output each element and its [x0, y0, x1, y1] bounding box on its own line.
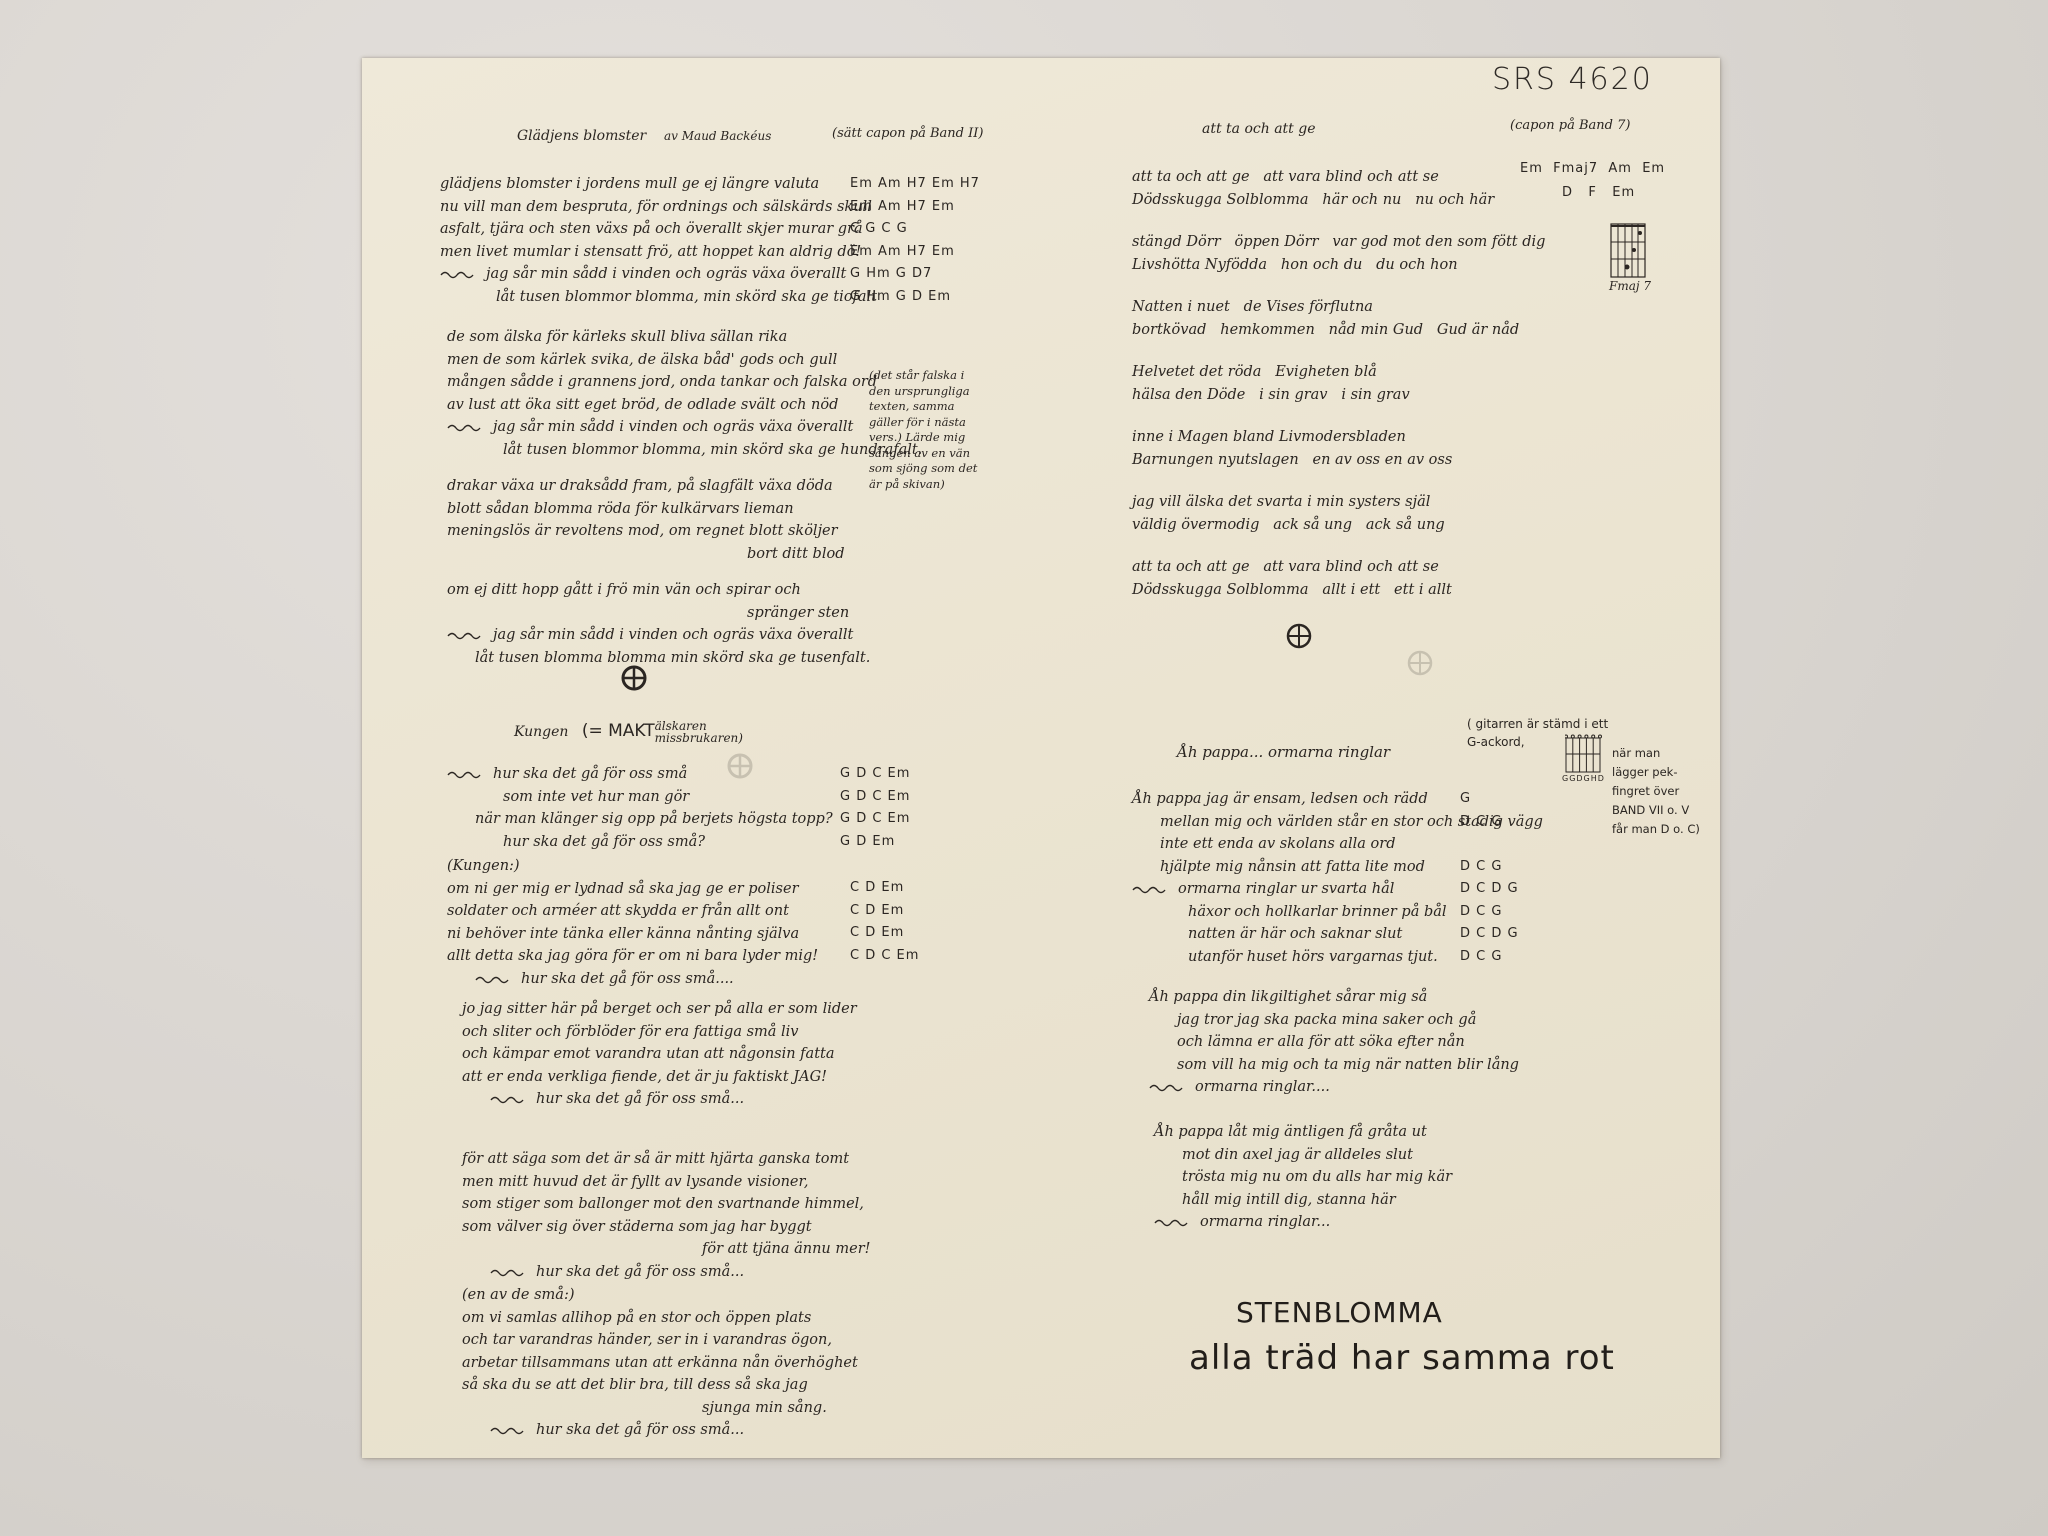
lyric-line: drakar växa ur draksådd fram, på slagfäl…: [447, 475, 870, 498]
chord-line: D C G: [1460, 856, 1519, 879]
lyric-line: hur ska det gå för oss små...: [462, 1419, 858, 1442]
chord-diagram-label: Fmaj 7: [1609, 279, 1651, 293]
chords-gladjens-1: Em Am H7 Em H7Em Am H7 EmC G C GEm Am H7…: [850, 173, 980, 308]
repeat-squiggle-icon: [490, 1425, 526, 1435]
lyric-line: Åh pappa låt mig äntligen få gråta ut: [1154, 1121, 1452, 1144]
catalog-number: SRS 4620: [1492, 62, 1653, 97]
lyric-line: Barnungen nyutslagen en av oss en av oss: [1132, 449, 1545, 472]
stanza: inne i Magen bland LivmodersbladenBarnun…: [1132, 426, 1545, 471]
lyric-line: jag sår min sådd i vinden och ogräs växa…: [447, 416, 922, 439]
verse-kungen-2: jo jag sitter här på berget och ser på a…: [462, 998, 857, 1111]
lyric-line: så ska du se att det blir bra, till dess…: [462, 1374, 858, 1397]
lyric-line: om ej ditt hopp gått i frö min vän och s…: [447, 579, 870, 602]
chorus-kungen: hur ska det gå för oss småsom inte vet h…: [447, 763, 833, 853]
stanza: jag vill älska det svarta i min systers …: [1132, 491, 1545, 536]
chords-att-ta-2: D F Em: [1562, 182, 1635, 205]
lyric-line: allt detta ska jag göra för er om ni bar…: [447, 945, 818, 968]
lyric-line: lägger pek-: [1612, 763, 1700, 782]
title-paren: (= MAKT: [582, 721, 655, 741]
lyric-line: att ta och att ge att vara blind och att…: [1132, 166, 1545, 189]
lyric-line: jag sår min sådd i vinden och ogräs växa…: [440, 263, 877, 286]
verse-gladjens-3: drakar växa ur draksådd fram, på slagfäl…: [447, 475, 870, 669]
chord-line: C G C G: [850, 218, 980, 241]
small-verse: (en av de små:)om vi samlas allihop på e…: [462, 1284, 858, 1442]
lyric-line: bortkövad hemkommen nåd min Gud Gud är n…: [1132, 319, 1545, 342]
chord-line: G D C Em: [840, 786, 910, 809]
lyric-line: Dödsskugga Solblomma allt i ett ett i al…: [1132, 579, 1545, 602]
repeat-squiggle-icon: [1132, 884, 1168, 894]
chord-line: G Hm G D7: [850, 263, 980, 286]
repeat-squiggle-icon: [1154, 1217, 1190, 1227]
chord-line: D C G: [1460, 901, 1519, 924]
lyric-line: hur ska det gå för oss små...: [462, 1088, 857, 1111]
lyric-line: ni behöver inte tänka eller känna nåntin…: [447, 923, 818, 946]
verse-ah-pappa-3: Åh pappa låt mig äntligen få gråta utmot…: [1154, 1121, 1452, 1234]
sun-wheel-icon: [1286, 623, 1312, 649]
lyric-sheet: SRS 4620 Glädjens blomster av Maud Backé…: [362, 58, 1720, 1458]
chord-diagram-fmaj7-icon: [1610, 223, 1648, 279]
lyric-line: inne i Magen bland Livmodersbladen: [1132, 426, 1545, 449]
lyric-line: som välver sig över städerna som jag har…: [462, 1216, 870, 1239]
lyric-line: den ursprungliga: [869, 384, 977, 400]
lyric-line: och tar varandras händer, ser in i varan…: [462, 1329, 858, 1352]
lyric-line: trösta mig nu om du alls har mig kär: [1154, 1166, 1452, 1189]
lyric-line: att ta och att ge att vara blind och att…: [1132, 556, 1545, 579]
chord-line: G D C Em: [840, 763, 910, 786]
repeat-squiggle-icon: [447, 630, 483, 640]
verse-kungen-3: för att säga som det är så är mitt hjärt…: [462, 1148, 870, 1283]
lyric-line: (Kungen:): [447, 855, 818, 878]
capo-note-right: (capon på Band 7): [1510, 118, 1630, 133]
lyric-line: hur ska det gå för oss små...: [462, 1261, 870, 1284]
lyric-line: arbetar tillsammans utan att erkänna nån…: [462, 1352, 858, 1375]
lyric-line: som sjöng som det: [869, 461, 977, 477]
lyric-line: soldater och arméer att skydda er från a…: [447, 900, 818, 923]
lyric-line: ormarna ringlar...: [1154, 1211, 1452, 1234]
side-note: (det står falska iden ursprungligatexten…: [869, 368, 977, 492]
lyric-line: jag tror jag ska packa mina saker och gå: [1149, 1009, 1519, 1032]
stanza: stängd Dörr öppen Dörr var god mot den s…: [1132, 231, 1545, 276]
lyric-line: hälsa den Döde i sin grav i sin grav: [1132, 384, 1545, 407]
sun-wheel-icon: [621, 665, 647, 691]
tuning-note-right: när manlägger pek-fingret överBAND VII o…: [1612, 744, 1700, 839]
lyric-line: ormarna ringlar....: [1149, 1076, 1519, 1099]
stanza: Helvetet det röda Evigheten blåhälsa den…: [1132, 361, 1545, 406]
song-title-att-ta: att ta och att ge: [1202, 121, 1316, 137]
repeat-squiggle-icon: [440, 269, 476, 279]
lyric-line: mången sådde i grannens jord, onda tanka…: [447, 371, 922, 394]
lyric-line: som stiger som ballonger mot den svartna…: [462, 1193, 870, 1216]
lyric-line: jo jag sitter här på berget och ser på a…: [462, 998, 857, 1021]
lyric-line: sången av en vän: [869, 446, 977, 462]
tuning-strings: GGDGHD: [1562, 774, 1605, 783]
chords-ah-pappa-1: GD C G D C GD C D GD C GD C D GD C G: [1460, 788, 1519, 968]
repeat-squiggle-icon: [447, 422, 483, 432]
lyric-line: som vill ha mig och ta mig när natten bl…: [1149, 1054, 1519, 1077]
lyric-line: men mitt huvud det är fyllt av lysande v…: [462, 1171, 870, 1194]
chord-line: C D Em: [850, 877, 919, 900]
lyric-line: jag vill älska det svarta i min systers …: [1132, 491, 1545, 514]
chord-line: C D Em: [850, 922, 919, 945]
verse-ah-pappa-2: Åh pappa din likgiltighet sårar mig såja…: [1149, 986, 1519, 1099]
lyric-line: när man klänger sig opp på berjets högst…: [447, 808, 833, 831]
album-title: alla träd har samma rot: [1189, 1338, 1615, 1378]
chords-kungen-chorus: G D C EmG D C EmG D C EmG D Em: [840, 763, 910, 853]
lyric-line: för att säga som det är så är mitt hjärt…: [462, 1148, 870, 1171]
lyric-line: för att tjäna ännu mer!: [462, 1238, 870, 1261]
verse-gladjens-1: glädjens blomster i jordens mull ge ej l…: [440, 173, 877, 308]
lyric-line: asfalt, tjära och sten växs på och övera…: [440, 218, 877, 241]
repeat-squiggle-icon: [447, 769, 483, 779]
lyric-line: fingret över: [1612, 782, 1700, 801]
sun-wheel-icon-bleedthrough: [1407, 650, 1433, 676]
chord-line: C D C Em: [850, 945, 919, 968]
chord-line: Em Am H7 Em: [850, 241, 980, 264]
repeat-squiggle-icon: [490, 1094, 526, 1104]
tuning-diagram-icon: [1565, 734, 1603, 774]
king-verse: (Kungen:)om ni ger mig er lydnad så ska …: [447, 855, 818, 990]
lyric-line: nu vill man dem bespruta, för ordnings o…: [440, 196, 877, 219]
lyric-line: texten, samma: [869, 399, 977, 415]
lyric-line: håll mig intill dig, stanna här: [1154, 1189, 1452, 1212]
lyric-line: ( gitarren är stämd i ett: [1467, 715, 1608, 733]
chord-line: Em Am H7 Em: [850, 196, 980, 219]
lyric-line: Natten i nuet de Vises förflutna: [1132, 296, 1545, 319]
lyric-line: (det står falska i: [869, 368, 977, 384]
lyric-line: får man D o. C): [1612, 820, 1700, 839]
chord-line: Em Am H7 Em H7: [850, 173, 980, 196]
chord-line: G D Em: [840, 831, 910, 854]
lyric-line: hur ska det gå för oss små: [447, 763, 833, 786]
lyric-line: glädjens blomster i jordens mull ge ej l…: [440, 173, 877, 196]
lyric-line: hur ska det gå för oss små....: [447, 968, 818, 991]
capo-note-left: (sätt capon på Band II): [832, 126, 983, 141]
verse-gladjens-2: de som älska för kärleks skull bliva säl…: [447, 326, 922, 461]
lyric-line: Dödsskugga Solblomma här och nu nu och h…: [1132, 189, 1545, 212]
lyric-line: Åh pappa din likgiltighet sårar mig så: [1149, 986, 1519, 1009]
chord-line: G D C Em: [840, 808, 910, 831]
lyric-line: och sliter och förblöder för era fattiga…: [462, 1021, 857, 1044]
lyric-line: stängd Dörr öppen Dörr var god mot den s…: [1132, 231, 1545, 254]
lyric-line: om ni ger mig er lydnad så ska jag ge er…: [447, 878, 818, 901]
lyric-line: men de som kärlek svika, de älska båd' g…: [447, 349, 922, 372]
lyric-line: meningslös är revoltens mod, om regnet b…: [447, 520, 870, 543]
att-ta-stanzas: att ta och att ge att vara blind och att…: [1132, 166, 1545, 621]
repeat-squiggle-icon: [1149, 1082, 1185, 1092]
stanza: att ta och att ge att vara blind och att…: [1132, 556, 1545, 601]
lyric-line: och lämna er alla för att söka efter nån: [1149, 1031, 1519, 1054]
lyric-line: vers.) Lärde mig: [869, 430, 977, 446]
band-name: STENBLOMMA: [1236, 1296, 1443, 1329]
chord-line: D C D G: [1460, 878, 1519, 901]
chords-king-verse: C D EmC D EmC D EmC D C Em: [850, 877, 919, 967]
stanza: Natten i nuet de Vises förflutnabortköva…: [1132, 296, 1545, 341]
chord-line: D C G: [1460, 946, 1519, 969]
song-title-kungen: Kungen (= MAKTälskarenmissbrukaren): [514, 720, 743, 744]
lyric-line: de som älska för kärleks skull bliva säl…: [447, 326, 922, 349]
lyric-line: och kämpar emot varandra utan att någons…: [462, 1043, 857, 1066]
lyric-line: spränger sten: [447, 602, 870, 625]
lyric-line: gäller för i nästa: [869, 415, 977, 431]
lyric-line: Helvetet det röda Evigheten blå: [1132, 361, 1545, 384]
chord-line: D C D G: [1460, 923, 1519, 946]
repeat-squiggle-icon: [490, 1267, 526, 1277]
lyric-line: är på skivan): [869, 477, 977, 493]
lyric-line: om vi samlas allihop på en stor och öppe…: [462, 1307, 858, 1330]
lyric-line: låt tusen blommor blomma, min skörd ska …: [447, 439, 922, 462]
song-byline: av Maud Backéus: [664, 129, 771, 143]
song-title-text: Glädjens blomster: [517, 128, 646, 144]
lyric-line: låt tusen blomma blomma min skörd ska ge…: [447, 647, 870, 670]
chord-line: G Hm G D Em: [850, 286, 980, 309]
lyric-line: BAND VII o. V: [1612, 801, 1700, 820]
lyric-line: som inte vet hur man gör: [447, 786, 833, 809]
lyric-line: låt tusen blommor blomma, min skörd ska …: [440, 286, 877, 309]
lyric-line: att er enda verkliga fiende, det är ju f…: [462, 1066, 857, 1089]
song-title-gladjens-blomster: Glädjens blomster av Maud Backéus: [517, 128, 771, 144]
lyric-line: men livet mumlar i stensatt frö, att hop…: [440, 241, 877, 264]
chord-line: G: [1460, 788, 1519, 811]
lyric-line: mot din axel jag är alldeles slut: [1154, 1144, 1452, 1167]
lyric-line: sjunga min sång.: [462, 1397, 858, 1420]
lyric-line: hur ska det gå för oss små?: [447, 831, 833, 854]
lyric-line: jag sår min sådd i vinden och ogräs växa…: [447, 624, 870, 647]
lyric-line: blott sådan blomma röda för kulkärvars l…: [447, 498, 870, 521]
title-sub: missbrukaren): [655, 732, 743, 744]
lyric-line: Livshötta Nyfödda hon och du du och hon: [1132, 254, 1545, 277]
repeat-squiggle-icon: [475, 974, 511, 984]
chord-line: D C G: [1460, 811, 1519, 834]
song-title-ah-pappa: Åh pappa... ormarna ringlar: [1177, 743, 1390, 761]
song-title-text: Kungen: [514, 724, 568, 740]
lyric-line: när man: [1612, 744, 1700, 763]
lyric-line: väldig övermodig ack så ung ack så ung: [1132, 514, 1545, 537]
lyric-line: bort ditt blod: [447, 543, 870, 566]
chord-line: C D Em: [850, 900, 919, 923]
chord-line: [1460, 833, 1519, 856]
lyric-line: (en av de små:): [462, 1284, 858, 1307]
stanza: att ta och att ge att vara blind och att…: [1132, 166, 1545, 211]
lyric-line: av lust att öka sitt eget bröd, de odlad…: [447, 394, 922, 417]
